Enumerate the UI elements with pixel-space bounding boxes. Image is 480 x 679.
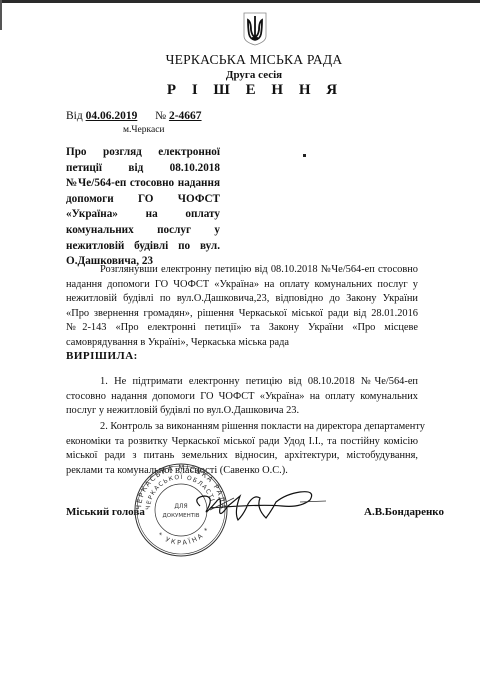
preamble-line: Розглянувши електронну петицію від 08.10… [66, 263, 418, 278]
preamble-line: №2-143 «Про електронні петиції» та Закон… [66, 321, 418, 336]
subject-line: Про розгляд електронної [66, 145, 220, 161]
preamble-line: надання допомоги ГО ЧОФСТ «Україна» на о… [66, 278, 418, 293]
item-line: міської ради з питань земельних відносин… [66, 449, 418, 464]
decided-heading: ВИРІШИЛА: [66, 350, 138, 362]
item-line: послуг у нежитловій будівлі по вул.О.Даш… [66, 404, 418, 419]
item-line: 2. Контроль за виконанням рішення поклас… [66, 420, 418, 435]
subject-line: №Че/564-еп стосовно надання [66, 176, 220, 192]
subject-block: Про розгляд електронної петиції від 08.1… [66, 145, 220, 270]
subject-line: «Україна» на оплату [66, 207, 220, 223]
preamble-line: «Про звернення громадян», рішення Черкас… [66, 307, 418, 322]
preamble-line: нежитловій будівлі по вул.О.Дашковича,23… [66, 292, 418, 307]
subject-line: нежитловій будівлі по вул. [66, 239, 220, 255]
trident-icon [243, 12, 267, 46]
scan-left-edge [0, 0, 2, 30]
item-line: економіки та розвитку Черкаської міської… [66, 435, 418, 450]
organization-name: ЧЕРКАСЬКА МІСЬКА РАДА [0, 52, 480, 68]
decision-number: 2-4667 [169, 110, 202, 122]
document-title: Р І Ш Е Н Н Я [0, 82, 480, 99]
session-label: Друга сесія [0, 69, 480, 81]
subject-line: допомоги ГО ЧОФСТ [66, 192, 220, 208]
scan-top-edge [0, 0, 480, 3]
item-1-paragraph: 1. Не підтримати електронну петицію від … [66, 375, 418, 419]
item-2-paragraph: 2. Контроль за виконанням рішення поклас… [66, 420, 418, 478]
preamble-paragraph: Розглянувши електронну петицію від 08.10… [66, 263, 418, 351]
date-number-line: Від 04.06.2019 № 2-4667 [66, 110, 202, 122]
city: м.Черкаси [123, 125, 165, 135]
item-line: реклами та комунальної власності (Савенк… [66, 464, 418, 479]
subject-line: петиції від 08.10.2018 [66, 161, 220, 177]
svg-text:ДЛЯ: ДЛЯ [174, 503, 187, 510]
number-label: № [155, 110, 166, 122]
handwritten-signature-icon [190, 488, 330, 528]
item-line: 1. Не підтримати електронну петицію від … [66, 375, 418, 390]
subject-line: комунальних послуг у [66, 223, 220, 239]
scan-speck [303, 154, 306, 157]
signatory-name: А.В.Бондаренко [364, 506, 444, 518]
decision-date: 04.06.2019 [86, 110, 138, 122]
preamble-line: самоврядування в Україні», Черкаська міс… [66, 336, 418, 351]
from-label: Від [66, 110, 83, 122]
item-line: стосовно надання допомоги ГО ЧОФСТ «Укра… [66, 390, 418, 405]
